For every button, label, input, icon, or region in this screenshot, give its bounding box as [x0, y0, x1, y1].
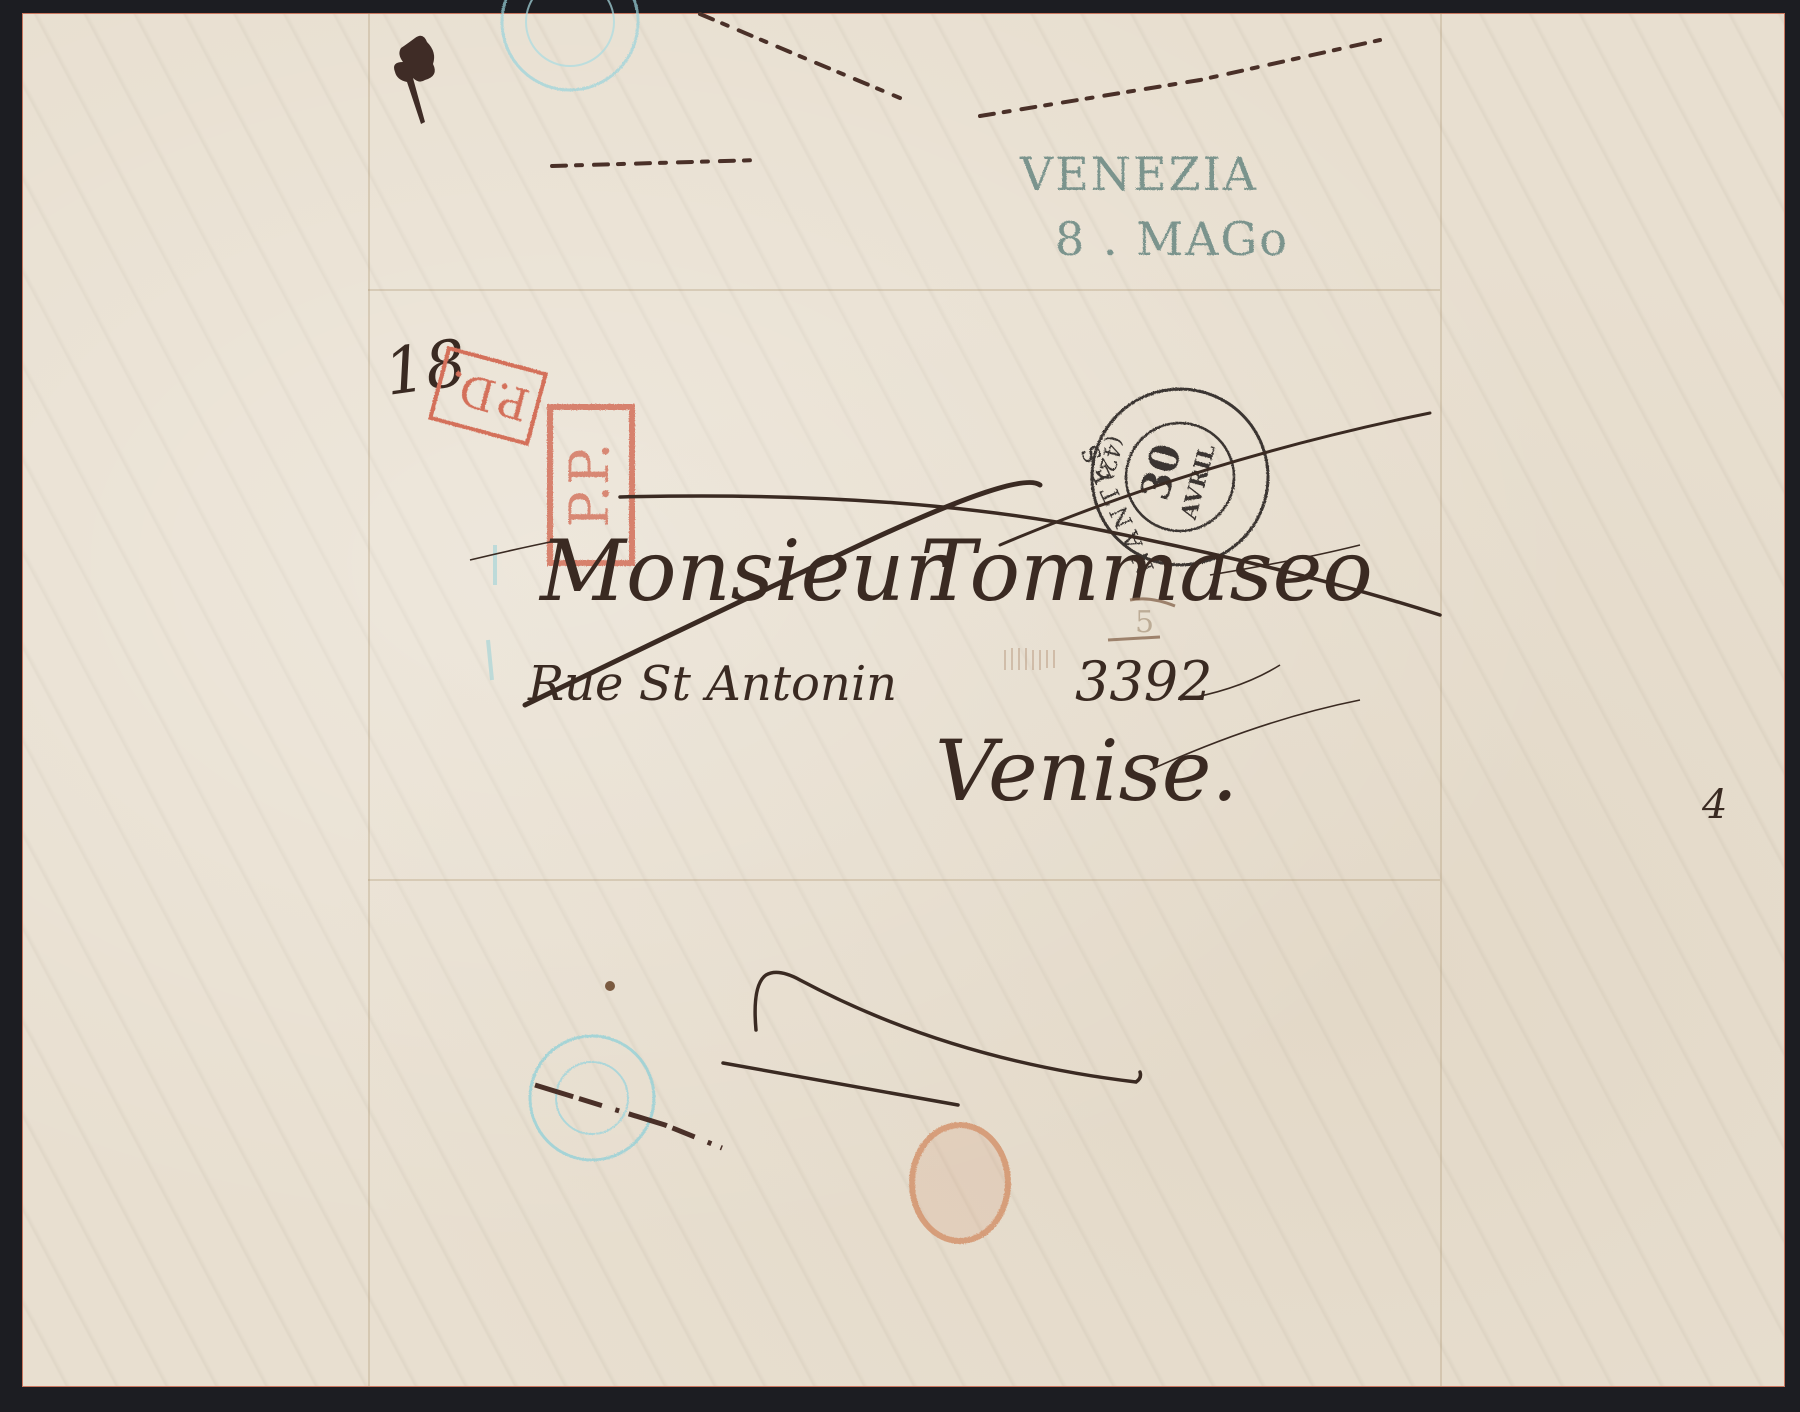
- blue-circular-postmark-top: [502, 0, 638, 90]
- fragment-numeral: 5: [1135, 605, 1154, 640]
- ink-blot: [394, 36, 435, 124]
- address-number: 3392: [1075, 650, 1212, 713]
- rate-mark-7: [723, 972, 1141, 1105]
- svg-text:VENEZIA: VENEZIA: [1019, 147, 1258, 201]
- address-street: Rue St Antonin: [527, 656, 897, 712]
- address-block: Monsieur Tommaseo Rue St Antonin 3392 Ve…: [527, 522, 1373, 820]
- venezia-postmark: VENEZIA 8 . MAGo: [1019, 147, 1289, 266]
- svg-text:4: 4: [1701, 782, 1727, 828]
- svg-text:P.D.: P.D.: [442, 359, 535, 430]
- svg-text:P.P.: P.P.: [558, 442, 621, 527]
- svg-text:8 . MAGo: 8 . MAGo: [1055, 212, 1289, 266]
- markings-layer: VENEZIA 8 . MAGo 18 P.D. P.P. NANTES 30 …: [0, 0, 1800, 1412]
- wax-seal-trace: [912, 1125, 1008, 1241]
- manuscript-mark-right: 4: [1701, 782, 1727, 828]
- ink-speck: [605, 981, 615, 991]
- blue-circular-postmark-bottom: [530, 1036, 654, 1160]
- faint-hatch-mark: [1005, 648, 1054, 670]
- address-city: Venise.: [935, 722, 1238, 820]
- faint-ink-dashes-top: [552, 14, 1380, 166]
- address-salutation: Monsieur: [538, 522, 949, 620]
- blue-stamp-trace: [488, 545, 495, 680]
